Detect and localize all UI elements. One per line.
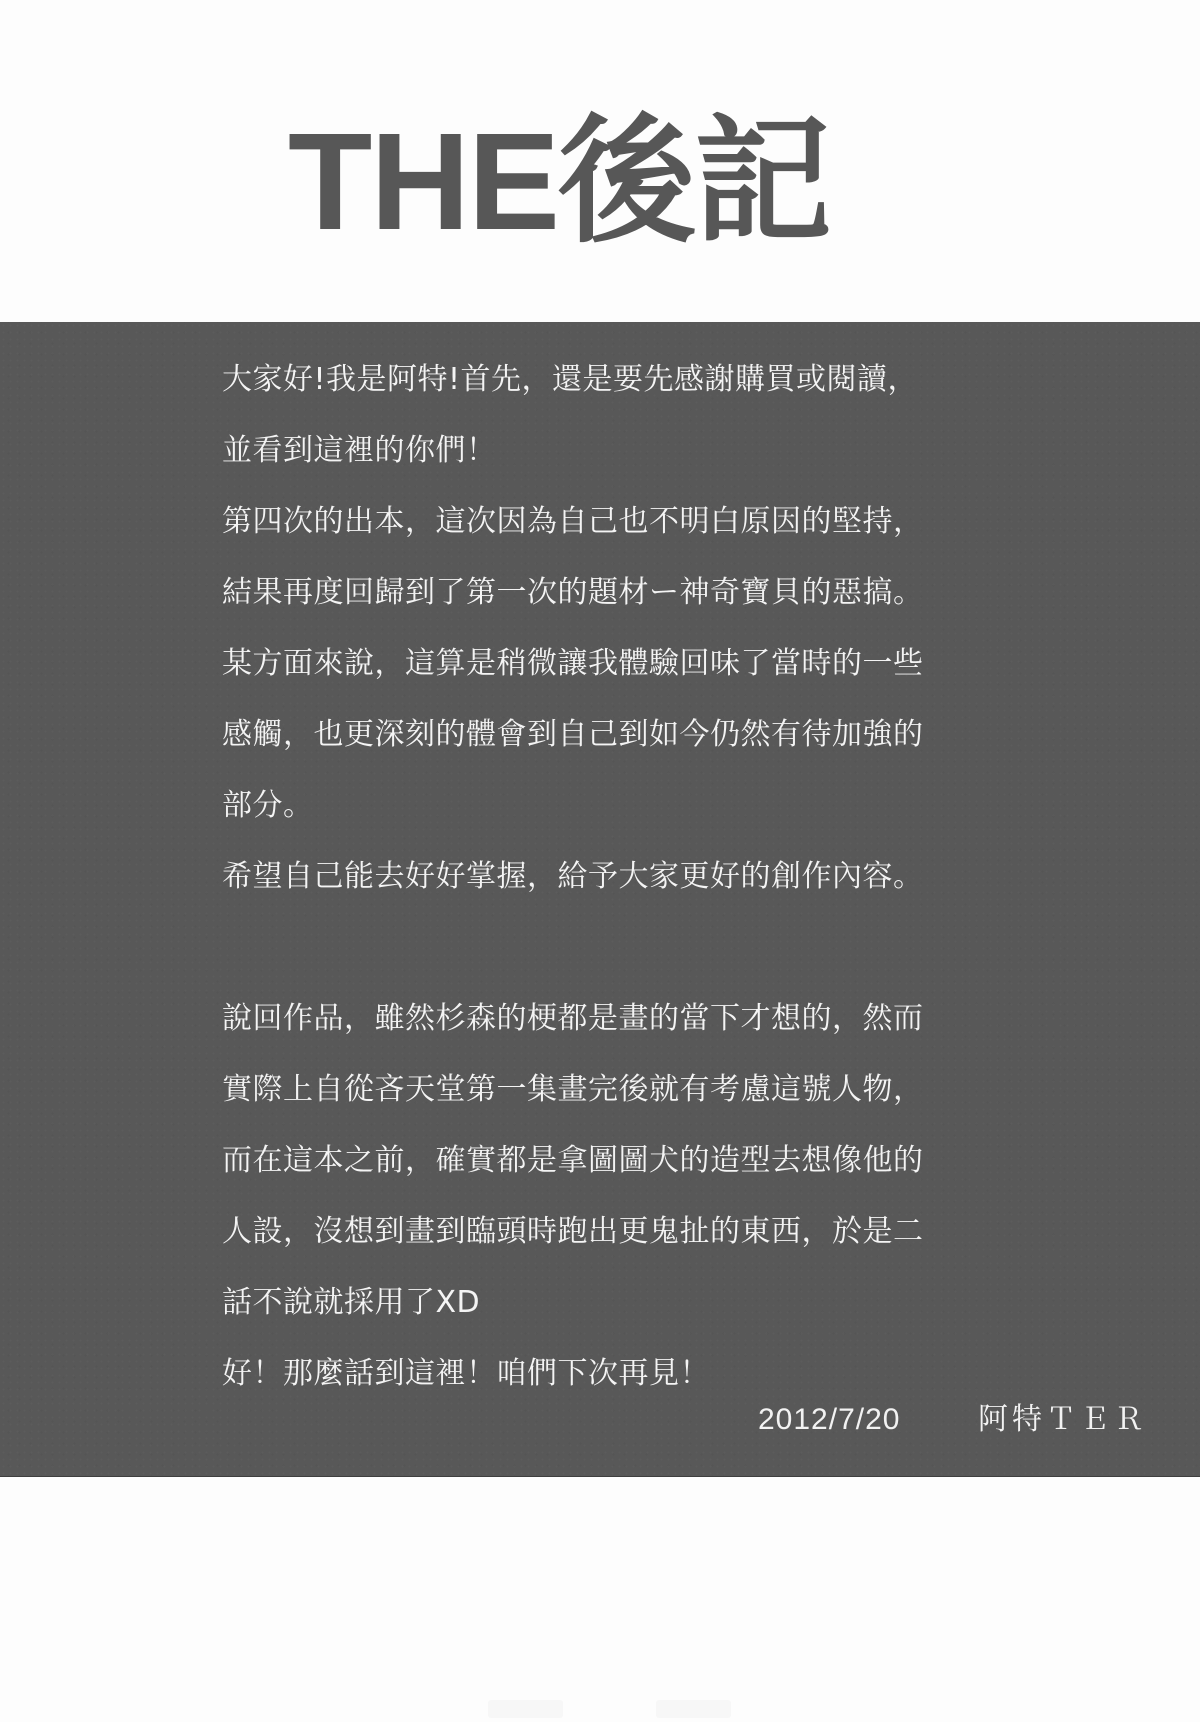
afterword-page: THE後記 大家好!我是阿特!首先，還是要先感謝購買或閱讀， 並看到這裡的你們！… <box>0 0 1200 1722</box>
afterword-panel: 大家好!我是阿特!首先，還是要先感謝購買或閱讀， 並看到這裡的你們！ 第四次的出… <box>0 322 1200 1477</box>
paragraph-2-line-1: 說回作品，雖然杉森的梗都是畫的當下才想的，然而 <box>222 983 1002 1054</box>
paragraph-1-line-1: 大家好!我是阿特!首先，還是要先感謝購買或閱讀， <box>222 344 1002 415</box>
paragraph-1-line-5: 某方面來說，這算是稍微讓我體驗回味了當時的一些 <box>222 628 1002 699</box>
paragraph-2-line-6: 好！那麼話到這裡！咱們下次再見！ <box>222 1338 1002 1409</box>
paragraph-2-line-5: 話不說就採用了XD <box>222 1267 1002 1338</box>
paragraph-1-line-3: 第四次的出本，這次因為自己也不明白原因的堅持， <box>222 486 1002 557</box>
paragraph-2-line-4: 人設，沒想到畫到臨頭時跑出更鬼扯的東西，於是二 <box>222 1196 1002 1267</box>
paragraph-2-line-3: 而在這本之前，確實都是拿圖圖犬的造型去想像他的 <box>222 1125 1002 1196</box>
paragraph-2-line-2: 實際上自從吝天堂第一集畫完後就有考慮這號人物， <box>222 1054 1002 1125</box>
faint-bleedthrough-mark <box>488 1700 563 1718</box>
paragraph-1-line-6: 感觸，也更深刻的體會到自己到如今仍然有待加強的 <box>222 699 1002 770</box>
paragraph-1-line-4: 結果再度回歸到了第一次的題材ー神奇寶貝的惡搞。 <box>222 557 1002 628</box>
paragraph-1-line-8: 希望自己能去好好掌握，給予大家更好的創作內容。 <box>222 841 1002 912</box>
paragraph-1-line-7: 部分。 <box>222 770 1002 841</box>
faint-bleedthrough-mark <box>656 1700 731 1718</box>
signature: 2012/7/20 阿特ＴＥＲ <box>758 1400 1148 1440</box>
page-title: THE後記 <box>288 112 908 252</box>
paragraph-1-line-2: 並看到這裡的你們！ <box>222 415 1002 486</box>
afterword-body: 大家好!我是阿特!首先，還是要先感謝購買或閱讀， 並看到這裡的你們！ 第四次的出… <box>222 344 1002 1409</box>
signature-date: 2012/7/20 <box>758 1400 978 1440</box>
signature-author: 阿特ＴＥＲ <box>978 1400 1148 1440</box>
paragraph-gap <box>222 912 1002 983</box>
